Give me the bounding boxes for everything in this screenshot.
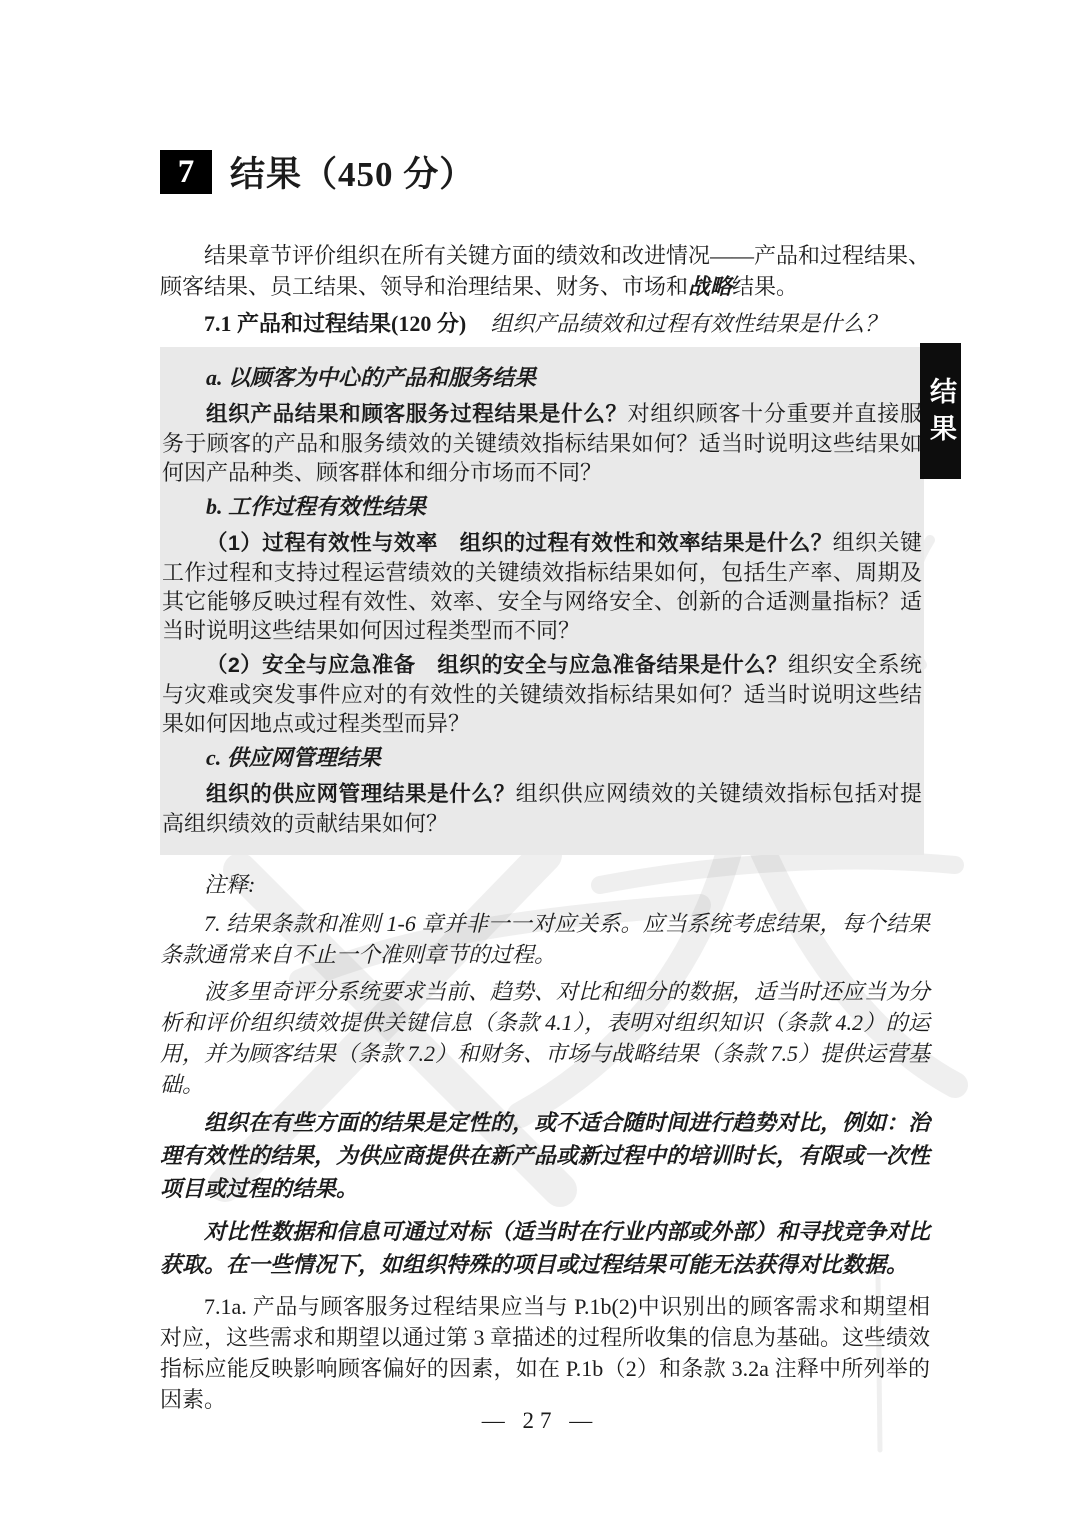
chapter-number-box: 7 [160, 150, 212, 194]
area-a-question: 组织产品结果和顾客服务过程结果是什么？ [206, 402, 628, 426]
area-b1-question: （1）过程有效性与效率 组织的过程有效性和效率结果是什么？ [206, 531, 833, 555]
area-c-heading: c. 供应网管理结果 [162, 743, 922, 772]
intro-text-pre: 结果章节评价组织在所有关键方面的绩效和改进情况——产品和过程结果、顾客结果、员工… [160, 243, 930, 299]
chapter-side-tab: 结果 [920, 343, 961, 479]
area-b2-question: （2）安全与应急准备 组织的安全与应急准备结果是什么？ [206, 653, 788, 677]
note-7-correspondence: 7. 结果条款和准则 1-6 章并非一一对应关系。应当系统考虑结果，每个结果条款… [160, 908, 930, 970]
page-content: 7 结果（450 分） 结果章节评价组织在所有关键方面的绩效和改进情况——产品和… [160, 148, 930, 1421]
chapter-header: 7 结果（450 分） [160, 148, 930, 196]
intro-paragraph: 结果章节评价组织在所有关键方面的绩效和改进情况——产品和过程结果、顾客结果、员工… [160, 240, 930, 302]
area-a-heading: a. 以顾客为中心的产品和服务结果 [162, 363, 922, 392]
note-7-qualitative-results: 组织在有些方面的结果是定性的，或不适合随时间进行趋势对比，例如：治理有效性的结果… [160, 1106, 930, 1205]
item-7-1-heading: 7.1 产品和过程结果(120 分) [204, 311, 466, 336]
intro-text-post: 结果。 [732, 274, 798, 299]
area-b-heading: b. 工作过程有效性结果 [162, 492, 922, 521]
note-7-scoring-system: 波多里奇评分系统要求当前、趋势、对比和细分的数据，适当时还应当为分析和评价组织绩… [160, 976, 930, 1100]
notes-label: 注释: [160, 869, 930, 900]
item-7-1-line: 7.1 产品和过程结果(120 分)组织产品绩效和过程有效性结果是什么？ [160, 308, 930, 339]
page-number: — 27 — [482, 1408, 599, 1433]
side-tab-label: 结果 [927, 371, 954, 451]
note-7-1a: 7.1a. 产品与顾客服务过程结果应当与 P.1b(2)中识别出的顾客需求和期望… [160, 1291, 930, 1415]
item-7-1-question: 组织产品绩效和过程有效性结果是什么？ [490, 311, 886, 336]
area-b2-paragraph: （2）安全与应急准备 组织的安全与应急准备结果是什么？组织安全系统与灾难或突发事… [162, 650, 922, 738]
page-footer: — 27 — [0, 1408, 1080, 1434]
intro-bold-term: 战略 [688, 274, 732, 299]
document-page: 结果 7 结果（450 分） 结果章节评价组织在所有关键方面的绩效和改进情况——… [0, 0, 1080, 1528]
criteria-shaded-box: a. 以顾客为中心的产品和服务结果 组织产品结果和顾客服务过程结果是什么？对组织… [160, 347, 924, 855]
area-a-paragraph: 组织产品结果和顾客服务过程结果是什么？对组织顾客十分重要并直接服务于顾客的产品和… [162, 399, 922, 487]
chapter-title: 结果（450 分） [230, 147, 475, 197]
area-b1-paragraph: （1）过程有效性与效率 组织的过程有效性和效率结果是什么？组织关键工作过程和支持… [162, 528, 922, 645]
area-c-question: 组织的供应网管理结果是什么？ [206, 782, 516, 806]
note-7-comparative-data: 对比性数据和信息可通过对标（适当时在行业内部或外部）和寻找竞争对比获取。在一些情… [160, 1215, 930, 1281]
area-c-paragraph: 组织的供应网管理结果是什么？组织供应网绩效的关键绩效指标包括对提高组织绩效的贡献… [162, 779, 922, 838]
